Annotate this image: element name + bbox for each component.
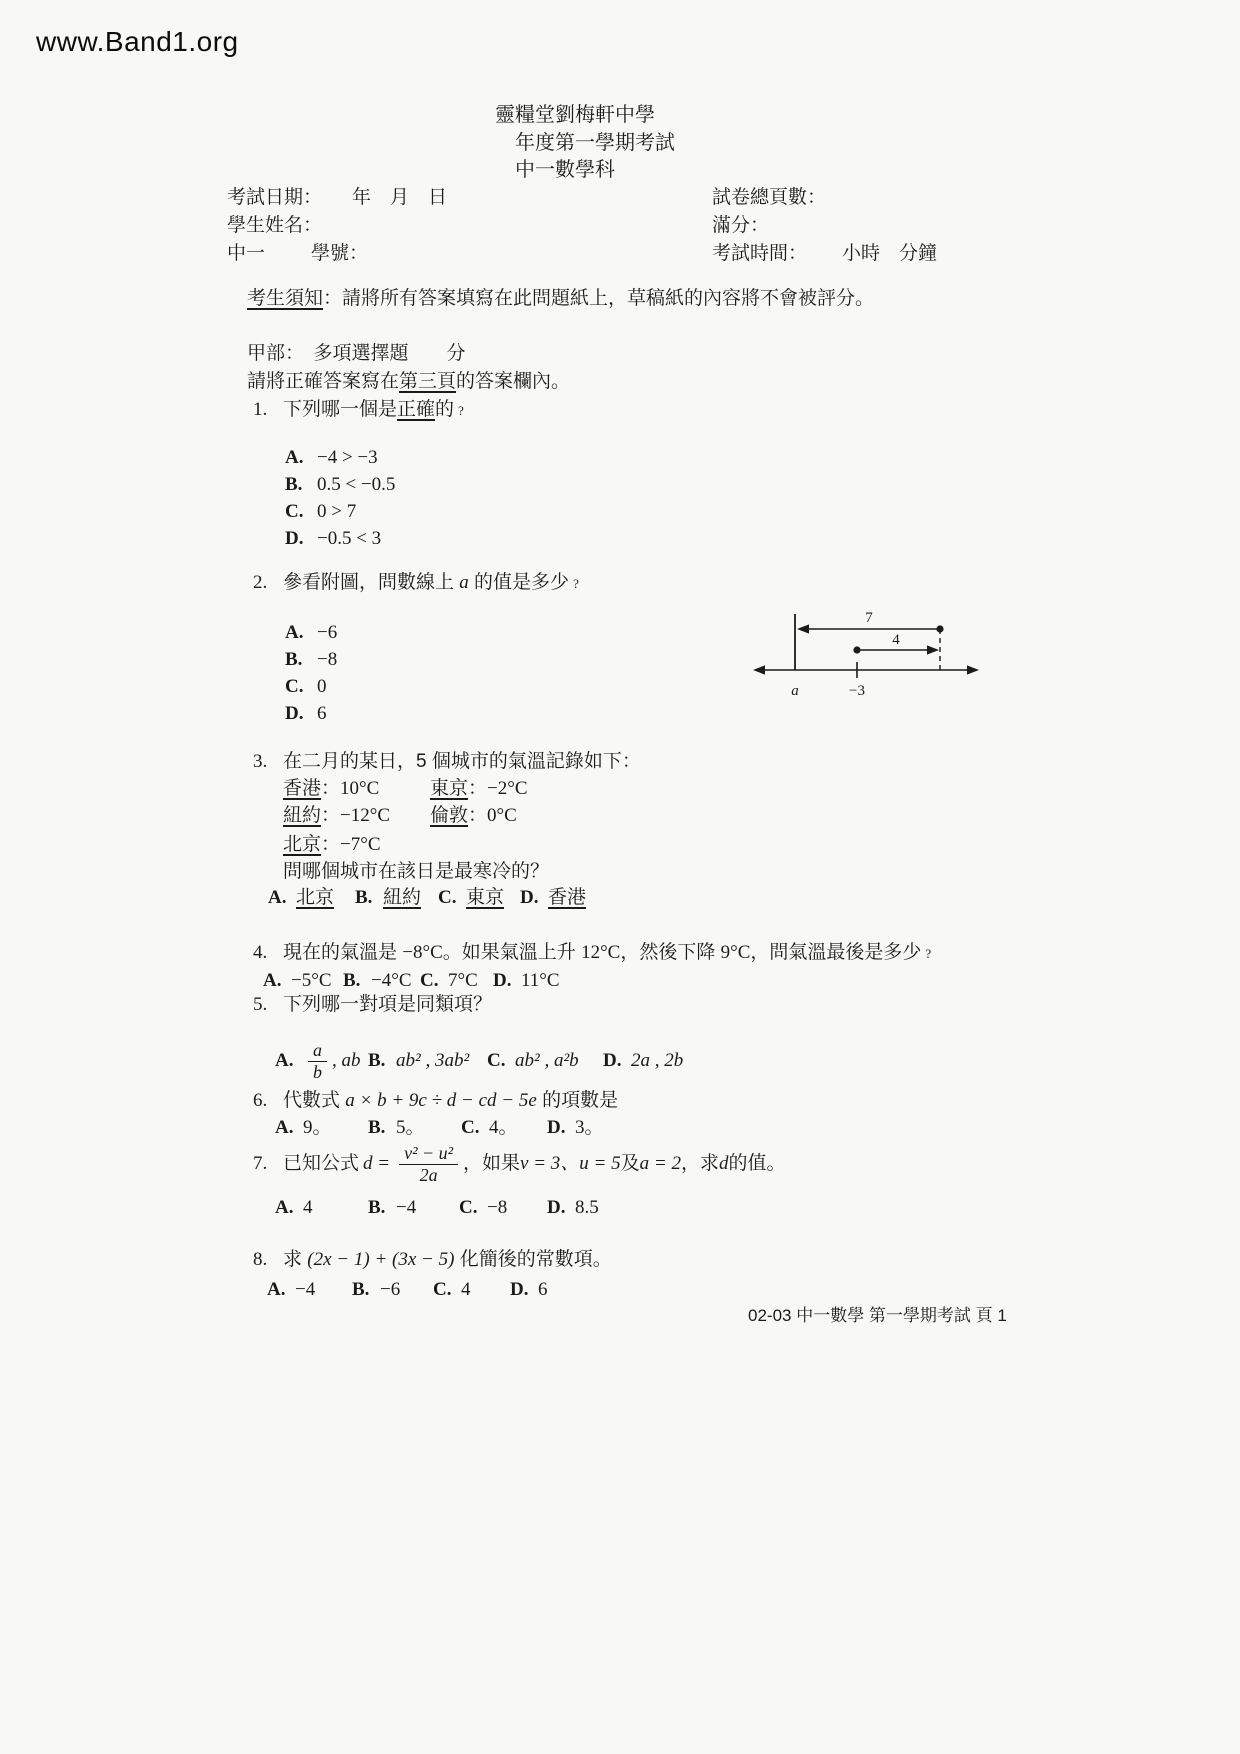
- city-temp: 香港：10°C: [283, 778, 379, 799]
- question-2-options: A.−6 B.−8 C.0 D.6: [285, 619, 337, 727]
- question-6-options: A.9。 B.5。 C.4。 D.3。: [0, 1116, 1240, 1143]
- option-text: , ab: [332, 1049, 361, 1074]
- option-letter: C.: [285, 498, 317, 525]
- student-id-label: 學號：: [311, 243, 368, 264]
- class-label: 中一: [227, 243, 265, 264]
- stem-part: 求: [283, 1249, 307, 1270]
- question-3-options: A.北京 B.紐約 C.東京 D.香港: [0, 886, 1240, 913]
- instruction-underlined: 第三頁: [399, 371, 456, 392]
- figure-label-7: 7: [865, 610, 873, 626]
- option-letter: D.: [510, 1278, 538, 1303]
- option: A.−5°C: [263, 969, 332, 994]
- option-letter: A.: [275, 1196, 303, 1221]
- option-letter: C.: [459, 1196, 487, 1221]
- option-letter: B.: [368, 1196, 396, 1221]
- option-text: 0.5 < −0.5: [317, 474, 395, 495]
- question-3-stem: 3.在二月的某日，5 個城市的氣溫記錄如下：: [253, 750, 641, 775]
- option-text: 3。: [575, 1117, 604, 1138]
- option-text: 4: [303, 1197, 313, 1218]
- option-text: −8: [487, 1197, 507, 1218]
- city-name: 香港: [283, 778, 321, 799]
- option: C.−8: [459, 1196, 507, 1221]
- option-text: ab² , 3ab²: [396, 1049, 469, 1074]
- exam-date-value: 年 月 日: [352, 187, 447, 208]
- colon: ：: [321, 834, 340, 855]
- option-row: B.0.5 < −0.5: [285, 471, 395, 498]
- city-temperature: 0°C: [487, 805, 517, 826]
- city-temp: 北京：−7°C: [283, 834, 381, 855]
- option-text: −0.5 < 3: [317, 528, 381, 549]
- option-text: 8.5: [575, 1197, 599, 1218]
- option-letter: C.: [285, 673, 317, 700]
- stem-pre: 下列哪一個是: [283, 399, 397, 420]
- colon: ：: [321, 805, 340, 826]
- option: B.ab² , 3ab²: [368, 1038, 469, 1084]
- option: D.香港: [520, 886, 586, 911]
- city-temperature: −7°C: [340, 834, 381, 855]
- option-letter: B.: [285, 471, 317, 498]
- option-row: A.−6: [285, 619, 337, 646]
- option-letter: D.: [547, 1116, 575, 1141]
- exam-paper-page: www.Band1.org 靈糧堂劉梅軒中學 年度第一學期考試 中一數學科 考試…: [0, 0, 1240, 1754]
- city-name: 北京: [283, 834, 321, 855]
- option-text: −8: [317, 649, 337, 670]
- option-text: 0 > 7: [317, 501, 356, 522]
- stem-part: ，如果: [463, 1152, 520, 1177]
- question-8-stem: 8.求 (2x − 1) + (3x − 5) 化簡後的常數項。: [253, 1248, 612, 1273]
- figure-label-4: 4: [892, 632, 900, 648]
- option-text: 紐約: [383, 887, 421, 908]
- option-letter: B.: [285, 646, 317, 673]
- option: A.9。: [275, 1116, 332, 1141]
- option-letter: C.: [420, 969, 448, 994]
- option-text: −4°C: [371, 970, 412, 991]
- question-6-stem: 6.代數式 a × b + 9c ÷ d − cd − 5e 的項數是: [253, 1089, 618, 1114]
- option-letter: B.: [355, 886, 383, 911]
- stem-post: 的值是多少: [469, 572, 569, 593]
- stem-part: 。如果氣溫上升: [443, 942, 581, 963]
- school-name: 靈糧堂劉梅軒中學: [0, 102, 1150, 128]
- question-number: 7.: [253, 1152, 283, 1177]
- condition-2: a = 2: [640, 1152, 681, 1177]
- question-number: 2.: [253, 571, 283, 596]
- option: D.3。: [547, 1116, 604, 1141]
- temperature-value: −8°C: [402, 942, 443, 963]
- option-letter: D.: [547, 1196, 575, 1221]
- option-text: −5°C: [291, 970, 332, 991]
- city-temp-row: 北京：−7°C: [283, 833, 763, 858]
- stem-part: 的項數是: [537, 1090, 618, 1111]
- option-text: 9。: [303, 1117, 332, 1138]
- candidate-notice: 考生須知：請將所有答案填寫在此問題紙上，草稿紙的內容將不會被評分。: [247, 287, 874, 312]
- stem-text: 在二月的某日，5 個城市的氣溫記錄如下：: [283, 751, 641, 772]
- class-number-row: 中一學號：: [227, 242, 368, 267]
- option-letter: A.: [285, 619, 317, 646]
- question-number: 6.: [253, 1089, 283, 1114]
- question-mark: ?: [925, 946, 931, 961]
- section-a-instruction: 請將正確答案寫在第三頁的答案欄內。: [247, 370, 570, 395]
- option-row: D.−0.5 < 3: [285, 525, 395, 552]
- question-number: 5.: [253, 993, 283, 1018]
- option-row: A.−4 > −3: [285, 444, 395, 471]
- option-letter: A.: [275, 1049, 303, 1074]
- option-row: B.−8: [285, 646, 337, 673]
- option: C.4。: [461, 1116, 518, 1141]
- city-temp: 倫敦：0°C: [430, 804, 517, 829]
- question-7-options: A.4 B.−4 C.−8 D.8.5: [0, 1196, 1240, 1223]
- exam-date-label: 考試日期：: [227, 187, 322, 208]
- option-text: 7°C: [448, 970, 478, 991]
- exam-date-row: 考試日期：年 月 日: [227, 186, 447, 211]
- option-text: 6: [538, 1279, 548, 1300]
- option: B.5。: [368, 1116, 425, 1141]
- student-name-label: 學生姓名：: [227, 215, 322, 236]
- city-temp-row: 紐約：−12°C 倫敦：0°C: [283, 804, 763, 829]
- option-text: 香港: [548, 887, 586, 908]
- notice-head: 考生須知: [247, 288, 323, 309]
- city-temperature: 10°C: [340, 778, 379, 799]
- stem-part: 及: [621, 1152, 640, 1177]
- instruction-post: 的答案欄內。: [456, 371, 570, 392]
- stem-part: 的值。: [728, 1152, 785, 1177]
- option: D.11°C: [493, 969, 560, 994]
- exam-term-title: 年度第一學期考試: [20, 130, 1170, 156]
- stem-text: 下列哪一對項是同類項？: [283, 994, 492, 1015]
- option-letter: C.: [433, 1278, 461, 1303]
- temperature-value: 12°C: [581, 942, 620, 963]
- temperature-value: 9°C: [721, 942, 751, 963]
- question-1-stem: 1.下列哪一個是正確的?: [253, 398, 464, 423]
- city-name: 東京: [430, 778, 468, 799]
- variable-d: d: [719, 1152, 729, 1177]
- formula-lhs: d =: [363, 1152, 390, 1177]
- number-line-figure: 7 4 a −3: [750, 604, 982, 708]
- option-row: C.0 > 7: [285, 498, 395, 525]
- question-7-stem: 7.已知公式 d =v² − u²2a，如果 v = 3、u = 5 及 a =…: [253, 1140, 786, 1188]
- question-2-stem: 2.參看附圖，問數線上 a 的值是多少?: [253, 571, 579, 596]
- exam-time-value: 小時 分鐘: [842, 243, 937, 264]
- question-1-options: A.−4 > −3 B.0.5 < −0.5 C.0 > 7 D.−0.5 < …: [285, 444, 395, 552]
- fraction: v² − u²2a: [399, 1143, 458, 1186]
- dot-minus3: [853, 646, 860, 653]
- option-letter: D.: [603, 1049, 631, 1074]
- stem-text: 參看附圖，問數線上 a 的值是多少?: [283, 572, 579, 593]
- option: A.北京: [268, 886, 334, 911]
- full-marks-label: 滿分：: [712, 215, 769, 236]
- question-number: 3.: [253, 750, 283, 775]
- option-letter: D.: [493, 969, 521, 994]
- stem-part: ，然後下降: [620, 942, 720, 963]
- subject-title: 中一數學科: [0, 157, 1140, 183]
- option-text: −4: [295, 1279, 315, 1300]
- colon: ：: [468, 778, 487, 799]
- option-row: C.0: [285, 673, 337, 700]
- option-letter: C.: [487, 1049, 515, 1074]
- total-pages-label: 試卷總頁數：: [712, 187, 826, 208]
- option-text: 4。: [489, 1117, 518, 1138]
- stem-part: ，問氣溫最後是多少: [750, 942, 921, 963]
- variable-a: a: [459, 572, 469, 593]
- option-letter: A.: [268, 886, 296, 911]
- option-text: −6: [317, 622, 337, 643]
- total-pages-row: 試卷總頁數：: [712, 186, 826, 211]
- option-text: 2a , 2b: [631, 1049, 683, 1074]
- option-letter: A.: [285, 444, 317, 471]
- option-letter: A.: [275, 1116, 303, 1141]
- option-text: 5。: [396, 1117, 425, 1138]
- option-letter: B.: [368, 1049, 396, 1074]
- notice-body: ：請將所有答案填寫在此問題紙上，草稿紙的內容將不會被評分。: [323, 288, 874, 309]
- fraction-denominator: 2a: [399, 1165, 458, 1186]
- section-a-title: 甲部： 多項選擇題 分: [247, 342, 466, 367]
- fraction-numerator: a: [308, 1040, 327, 1062]
- option-letter: C.: [461, 1116, 489, 1141]
- option-text: 北京: [296, 887, 334, 908]
- right-arrowhead-icon: [967, 665, 979, 674]
- fraction: ab: [308, 1040, 327, 1083]
- option-text: 6: [317, 703, 327, 724]
- figure-label-a: a: [791, 683, 799, 699]
- option-letter: D.: [285, 525, 317, 552]
- city-temp-row: 香港：10°C 東京：−2°C: [283, 777, 763, 802]
- option: D.8.5: [547, 1196, 599, 1221]
- figure-label-minus3: −3: [849, 683, 865, 699]
- stem-part: 代數式: [283, 1090, 345, 1111]
- exam-time-label: 考試時間：: [712, 243, 807, 264]
- option-text: 4: [461, 1279, 471, 1300]
- stem-text: 下列哪一個是正確的?: [283, 399, 464, 420]
- stem-part: 化簡後的常數項。: [454, 1249, 611, 1270]
- option: C.7°C: [420, 969, 478, 994]
- question-8-options: A.−4 B.−6 C.4 D.6: [0, 1278, 1240, 1305]
- left-arrowhead-icon: [753, 665, 765, 674]
- option: A.ab, ab: [275, 1038, 361, 1084]
- city-temp: 東京：−2°C: [430, 777, 528, 802]
- option-text: 0: [317, 676, 327, 697]
- option: B.−6: [352, 1278, 400, 1303]
- city-temperature: −12°C: [340, 805, 390, 826]
- full-marks-row: 滿分：: [712, 214, 769, 239]
- question-mark: ?: [458, 403, 464, 418]
- stem-post: 的: [435, 399, 454, 420]
- colon: ：: [468, 805, 487, 826]
- option: A.−4: [267, 1278, 315, 1303]
- option-text: −6: [380, 1279, 400, 1300]
- colon: ：: [321, 778, 340, 799]
- option: D.2a , 2b: [603, 1038, 683, 1084]
- stem-pre: 參看附圖，問數線上: [283, 572, 459, 593]
- question-mark: ?: [573, 576, 579, 591]
- option-letter: B.: [343, 969, 371, 994]
- stem-text: 求 (2x − 1) + (3x − 5) 化簡後的常數項。: [283, 1249, 612, 1270]
- instruction-pre: 請將正確答案寫在: [247, 371, 399, 392]
- option: C.4: [433, 1278, 471, 1303]
- option: B.紐約: [355, 886, 421, 911]
- option: B.−4°C: [343, 969, 412, 994]
- option-letter: D.: [285, 700, 317, 727]
- stem-part: ，求: [681, 1152, 719, 1177]
- stem-text: 現在的氣溫是 −8°C。如果氣溫上升 12°C，然後下降 9°C，問氣溫最後是多…: [283, 942, 931, 963]
- option: A.4: [275, 1196, 313, 1221]
- page-footer: 02-03 中一數學 第一學期考試 頁 1: [748, 1305, 1007, 1327]
- algebraic-expression: a × b + 9c ÷ d − cd − 5e: [345, 1090, 537, 1111]
- stem-part: 已知公式: [283, 1152, 359, 1177]
- option: C.ab² , a²b: [487, 1038, 579, 1084]
- option-letter: A.: [267, 1278, 295, 1303]
- city-name: 紐約: [283, 805, 321, 826]
- option-letter: D.: [520, 886, 548, 911]
- question-number: 1.: [253, 398, 283, 423]
- option-letter: B.: [352, 1278, 380, 1303]
- question-number: 4.: [253, 941, 283, 966]
- city-temperature: −2°C: [487, 778, 528, 799]
- question-5-stem: 5.下列哪一對項是同類項？: [253, 993, 492, 1018]
- option-text: 東京: [466, 887, 504, 908]
- question-5-options: A.ab, ab B.ab² , 3ab² C.ab² , a²b D.2a ,…: [0, 1038, 1240, 1084]
- student-name-row: 學生姓名：: [227, 214, 322, 239]
- question-4-stem: 4.現在的氣溫是 −8°C。如果氣溫上升 12°C，然後下降 9°C，問氣溫最後…: [253, 941, 931, 966]
- option-text: 11°C: [521, 970, 560, 991]
- fraction-denominator: b: [308, 1062, 327, 1083]
- option-text: −4: [396, 1197, 416, 1218]
- watermark: www.Band1.org: [36, 24, 239, 60]
- option-letter: A.: [263, 969, 291, 994]
- arrow-4-head-icon: [927, 645, 939, 654]
- option: D.6: [510, 1278, 548, 1303]
- option-letter: C.: [438, 886, 466, 911]
- option: C.東京: [438, 886, 504, 911]
- fraction-numerator: v² − u²: [399, 1143, 458, 1165]
- option-row: D.6: [285, 700, 337, 727]
- stem-underlined: 正確: [397, 399, 435, 420]
- stem-part: 現在的氣溫是: [283, 942, 402, 963]
- question-number: 8.: [253, 1248, 283, 1273]
- stem-text: 代數式 a × b + 9c ÷ d − cd − 5e 的項數是: [283, 1090, 618, 1111]
- option-letter: B.: [368, 1116, 396, 1141]
- city-name: 倫敦: [430, 805, 468, 826]
- question-3-subquestion: 問哪個城市在該日是最寒冷的？: [283, 860, 549, 885]
- city-temp: 紐約：−12°C: [283, 805, 390, 826]
- condition-1: v = 3、u = 5: [520, 1152, 621, 1177]
- algebraic-expression: (2x − 1) + (3x − 5): [307, 1249, 454, 1270]
- option-text: ab² , a²b: [515, 1049, 579, 1074]
- arrow-7-head-icon: [797, 624, 809, 633]
- exam-time-row: 考試時間：小時 分鐘: [712, 242, 937, 267]
- option-text: −4 > −3: [317, 447, 378, 468]
- option: B.−4: [368, 1196, 416, 1221]
- question-4-options: A.−5°C B.−4°C C.7°C D.11°C: [0, 969, 1240, 996]
